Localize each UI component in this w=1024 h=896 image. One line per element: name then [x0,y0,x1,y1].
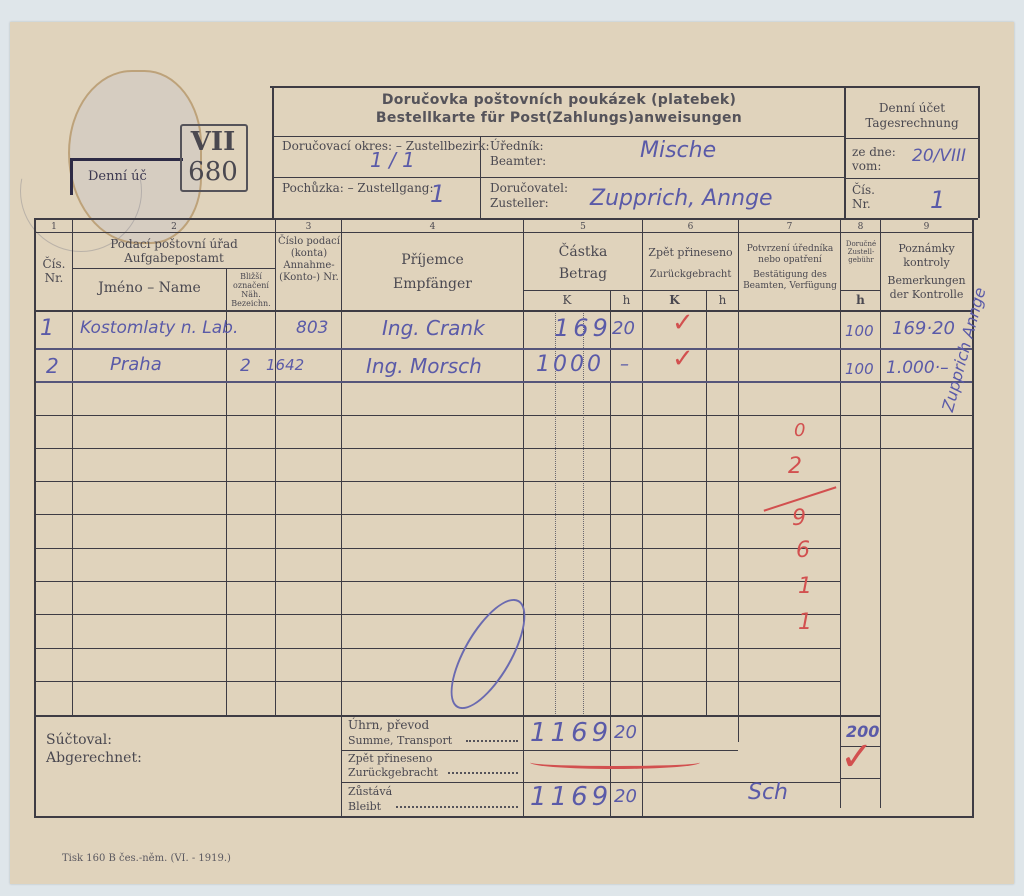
row1-remarks: 169·20 [892,318,955,339]
route-value: 1 [430,180,445,208]
row2-sub: 2 [240,356,251,376]
red-note-5: 1 [798,610,812,635]
stamp-code-bottom: 680 [182,158,244,186]
col2-sub-label: Bližší označení Näh. Bezeichn. [227,272,275,308]
col6-k: K [643,294,706,307]
official-label-cz: Úředník: [490,140,544,153]
sum-label-cz: Úhrn, převod [348,719,429,732]
col8-number: 8 [841,221,880,234]
district-value: 1 / 1 [370,148,415,172]
row1-nr: 1 [40,316,54,341]
col5-label-de: Betrag [524,268,642,281]
col3-number: 3 [276,221,341,234]
row2-remarks: 1.000·– [886,358,949,378]
row1-amount-k: 169 [554,314,612,342]
col7-label-de: Bestätigung des Beamten, Verfügung [741,270,839,292]
col3-label: Číslo podací (konta) Annahme- (Konto-) N… [278,236,340,284]
col9-number: 9 [881,221,972,234]
col5-number: 5 [524,221,642,234]
date-label-de: vom: [852,160,881,173]
route-label: Pochůzka: – Zustellgang: [282,182,434,195]
deliverer-label-cz: Doručovatel: [490,182,568,195]
returned-label-de: Zurückgebracht [348,766,438,779]
row1-office: Kostomlaty n. Lab. [80,318,238,338]
col5-h: h [611,294,642,307]
col9-label-cz: Poznámky kontroly [881,242,972,270]
col4-label-de: Empfänger [342,278,523,291]
red-note-2: 9 [792,506,806,531]
col5-label-cz: Částka [524,246,642,259]
row2-account: 1642 [266,356,304,374]
col6-label-cz: Zpět přineseno [643,246,738,259]
col2-name-label: Jméno – Name [73,282,226,295]
stamp-code-top: VII [182,128,244,156]
date-label-cz: ze dne: [852,146,896,159]
row1-account: 803 [296,318,328,338]
number-value: 1 [930,186,945,214]
col1-label-de: Nr. [36,272,72,285]
row2-amount-h: – [620,354,629,375]
daily-account-title-de: Tagesrechnung [846,117,978,130]
row2-nr: 2 [46,354,59,378]
col2-label-cz: Podací poštovní úřad [73,238,275,251]
col1-label-cz: Čís. [36,258,72,271]
red-transfer-stroke [530,756,700,769]
initials-signature: Sch [748,780,788,805]
row2-returned-check-icon: ✓ [672,344,694,374]
col7-number: 7 [739,221,840,234]
fee-check-icon: ✓ [840,734,874,780]
official-signature: Mische [640,138,716,163]
number-label-cz: Čís. [852,184,875,197]
row2-fee: 100 [845,360,874,378]
col9-label-de: Bemerkungen der Kontrolle [881,274,972,302]
sum-label-de: Summe, Transport [348,734,452,747]
col7-label-cz: Potvrzení úředníka nebo opatření [741,244,839,266]
official-label-de: Beamter: [490,155,546,168]
remains-label-de: Bleibt [348,800,381,813]
col8-label: Doručné Zustell-gebühr [843,240,879,264]
sum-amount-k: 1169 [530,718,612,748]
red-note-3: 6 [796,538,810,563]
daily-account-title-cz: Denní účet [846,102,978,115]
row1-recipient: Ing. Crank [382,316,485,340]
row1-returned-check-icon: ✓ [672,308,694,338]
row1-fee: 100 [845,322,874,340]
col4-label-cz: Příjemce [342,254,523,267]
col8-h: h [841,294,880,307]
sum-amount-h: 20 [614,722,637,743]
remains-label-cz: Zůstává [348,785,392,798]
row2-amount-k: 1000 [536,352,604,377]
date-value: 20/VIII [912,146,966,166]
remains-amount-k: 1169 [530,782,612,812]
red-note-1: 2 [788,454,802,479]
number-label-de: Nr. [852,198,871,211]
deliverer-signature: Zupprich, Annge [590,186,773,211]
col4-number: 4 [342,221,523,234]
print-note: Tisk 160 B čes.-něm. (VI. - 1919.) [62,852,231,865]
returned-label-cz: Zpět přineseno [348,752,432,765]
red-note-4: 1 [798,574,812,599]
row2-recipient: Ing. Morsch [366,354,482,378]
red-note-0: 0 [794,420,805,441]
accounted-label-de: Abgerechnet: [46,750,142,766]
col6-h: h [707,294,738,307]
accounted-label-cz: Súčtoval: [46,732,112,748]
col2-number: 2 [73,221,275,234]
col6-label-de: Zurückgebracht [643,268,738,281]
col2-label-de: Aufgabepostamt [73,252,275,265]
col6-number: 6 [643,221,738,234]
deliverer-label-de: Zusteller: [490,197,549,210]
remains-amount-h: 20 [614,786,637,807]
form-title-de: Bestellkarte für Post(Zahlungs)anweisung… [274,112,844,125]
form-title-cz: Doručovka poštovních poukázek (platebek) [274,94,844,107]
row2-office: Praha [110,354,162,375]
col1-number: 1 [36,221,72,234]
col5-k: K [524,294,610,307]
row1-amount-h: 20 [612,318,635,339]
